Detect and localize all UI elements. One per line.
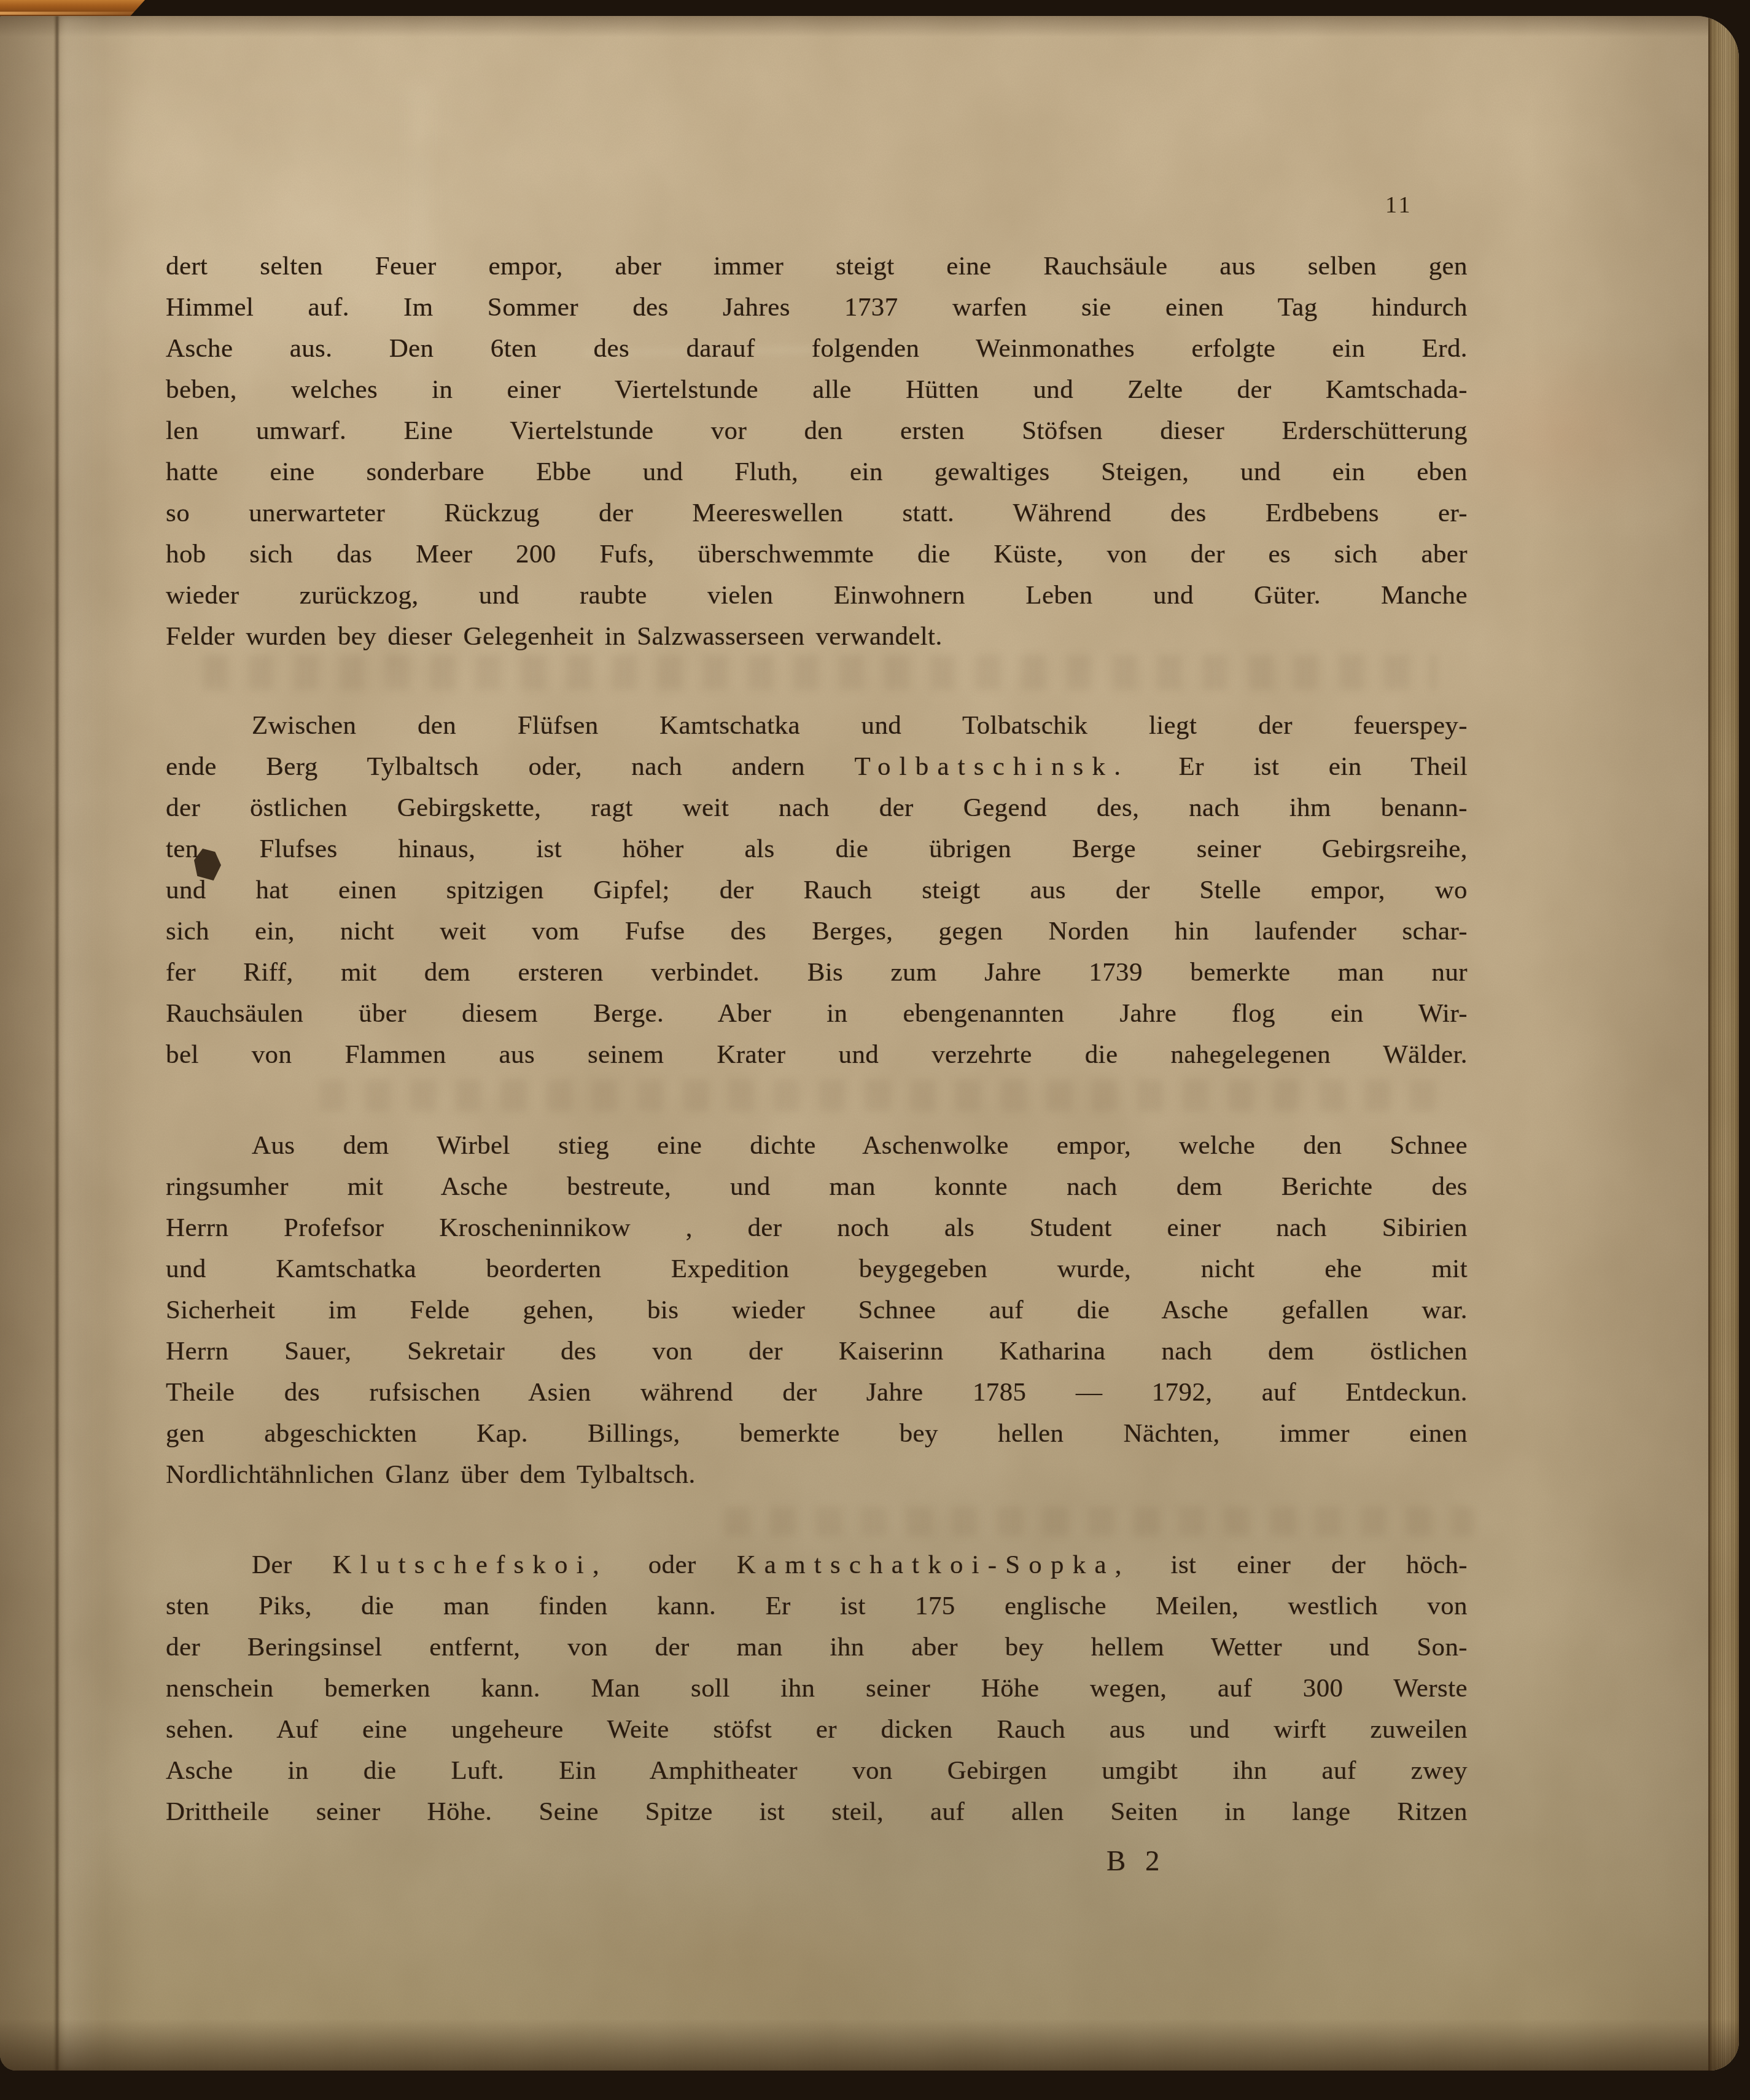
text-line: Asche in die Luft. Ein Amphitheater von …: [166, 1750, 1468, 1791]
text-line: fer Riff, mit dem ersteren verbindet. Bi…: [166, 952, 1468, 993]
text-segment: Nordlichtähnlichen Glanz über dem Tylbal…: [166, 1460, 696, 1489]
text-segment: und hat einen spitzigen Gipfel; der Rauc…: [166, 876, 1468, 904]
text-segment: der Beringsinsel entfernt, von der man i…: [166, 1633, 1468, 1662]
letterspaced-name: Klutschefskoi,: [333, 1550, 608, 1579]
text-segment: Felder wurden bey dieser Gelegenheit in …: [166, 622, 943, 651]
text-segment: so unerwarteter Rückzug der Meereswellen…: [166, 499, 1468, 527]
text-segment: beben, welches in einer Viertelstunde al…: [166, 375, 1468, 404]
text-line: Herrn Sauer, Sekretair des von der Kaise…: [166, 1331, 1468, 1372]
text-segment: sten Piks, die man finden kann. Er ist 1…: [166, 1592, 1468, 1620]
show-through-text: [203, 655, 1437, 690]
text-segment: bel von Flammen aus seinem Krater und ve…: [166, 1040, 1468, 1069]
text-line: Der Klutschefskoi, oder Kamtschatkoi-Sop…: [166, 1544, 1468, 1585]
gutter-crease-highlight: [61, 16, 104, 2071]
text-segment: ende Berg Tylbaltsch oder, nach andern: [166, 752, 854, 781]
text-line: und hat einen spitzigen Gipfel; der Rauc…: [166, 869, 1468, 911]
text-segment: Rauchsäulen über diesem Berge. Aber in e…: [166, 999, 1468, 1028]
text-line: hatte eine sonderbare Ebbe und Fluth, ei…: [166, 451, 1468, 492]
text-segment: len umwarf. Eine Viertelstunde vor den e…: [166, 416, 1468, 445]
text-line: sich ein, nicht weit vom Fufse des Berge…: [166, 911, 1468, 952]
text-segment: sehen. Auf eine ungeheure Weite stöfst e…: [166, 1715, 1468, 1744]
text-line: ten Flufses hinaus, ist höher als die üb…: [166, 828, 1468, 869]
text-line: Rauchsäulen über diesem Berge. Aber in e…: [166, 993, 1468, 1034]
letterspaced-name: Tolbatschinsk.: [854, 752, 1129, 781]
text-segment: ist einer der höch-: [1130, 1550, 1468, 1579]
paragraph: dert selten Feuer empor, aber immer stei…: [166, 246, 1468, 657]
paragraph: Der Klutschefskoi, oder Kamtschatkoi-Sop…: [166, 1544, 1468, 1832]
text-line: hob sich das Meer 200 Fufs, überschwemmt…: [166, 534, 1468, 575]
gutter-crease-line: [54, 16, 60, 2071]
text-segment: Theile des rufsischen Asien während der …: [166, 1378, 1468, 1407]
text-line: Sicherheit im Felde gehen, bis wieder Sc…: [166, 1289, 1468, 1331]
text-line: beben, welches in einer Viertelstunde al…: [166, 369, 1468, 410]
text-segment: Er ist ein Theil: [1129, 752, 1468, 781]
text-line: nenschein bemerken kann. Man soll ihn se…: [166, 1668, 1468, 1709]
text-line: len umwarf. Eine Viertelstunde vor den e…: [166, 410, 1468, 451]
text-segment: der östlichen Gebirgskette, ragt weit na…: [166, 793, 1468, 822]
text-line: bel von Flammen aus seinem Krater und ve…: [166, 1034, 1468, 1075]
book-scan: 11 dert selten Feuer empor, aber immer s…: [0, 0, 1750, 2100]
text-segment: fer Riff, mit dem ersteren verbindet. Bi…: [166, 958, 1468, 987]
text-line: Zwischen den Flüfsen Kamtschatka und Tol…: [166, 705, 1468, 746]
text-line: Theile des rufsischen Asien während der …: [166, 1372, 1468, 1413]
text-segment: wieder zurückzog, und raubte vielen Einw…: [166, 581, 1468, 610]
text-line: sehen. Auf eine ungeheure Weite stöfst e…: [166, 1709, 1468, 1750]
text-segment: Drittheile seiner Höhe. Seine Spitze ist…: [166, 1797, 1468, 1826]
text-line: sten Piks, die man finden kann. Er ist 1…: [166, 1585, 1468, 1627]
text-segment: Herrn Sauer, Sekretair des von der Kaise…: [166, 1337, 1468, 1366]
text-line: so unerwarteter Rückzug der Meereswellen…: [166, 492, 1468, 534]
book-page: 11 dert selten Feuer empor, aber immer s…: [0, 16, 1739, 2071]
text-segment: Zwischen den Flüfsen Kamtschatka und Tol…: [252, 711, 1468, 740]
leather-spine-fragment: [0, 0, 145, 16]
text-segment: ringsumher mit Asche bestreute, und man …: [166, 1172, 1468, 1201]
text-segment: oder: [608, 1550, 737, 1579]
text-line: gen abgeschickten Kap. Billings, bemerkt…: [166, 1413, 1468, 1454]
text-segment: Herrn Profefsor Kroscheninnikow , der no…: [166, 1213, 1468, 1242]
show-through-text: [725, 1507, 1474, 1536]
text-line: der östlichen Gebirgskette, ragt weit na…: [166, 787, 1468, 828]
text-segment: dert selten Feuer empor, aber immer stei…: [166, 252, 1468, 281]
signature-mark: B 2: [1106, 1845, 1166, 1878]
text-line: Himmel auf. Im Sommer des Jahres 1737 wa…: [166, 287, 1468, 328]
text-segment: Asche in die Luft. Ein Amphitheater von …: [166, 1756, 1468, 1785]
text-segment: und Kamtschatka beorderten Expedition be…: [166, 1254, 1468, 1283]
text-segment: hob sich das Meer 200 Fufs, überschwemmt…: [166, 540, 1468, 569]
text-line: Aus dem Wirbel stieg eine dichte Aschenw…: [166, 1125, 1468, 1166]
text-segment: ten Flufses hinaus, ist höher als die üb…: [166, 834, 1468, 863]
page-edge-stack: [1708, 16, 1739, 2071]
text-segment: hatte eine sonderbare Ebbe und Fluth, ei…: [166, 457, 1468, 486]
letterspaced-name: Kamtschatkoi-Sopka,: [737, 1550, 1130, 1579]
paper-stain: [528, 1876, 995, 2048]
text-segment: Der: [252, 1550, 333, 1579]
text-segment: Asche aus. Den 6ten des darauf folgenden…: [166, 334, 1468, 363]
text-line: ende Berg Tylbaltsch oder, nach andern T…: [166, 746, 1468, 787]
text-line: Drittheile seiner Höhe. Seine Spitze ist…: [166, 1791, 1468, 1832]
text-segment: nenschein bemerken kann. Man soll ihn se…: [166, 1674, 1468, 1703]
text-line: und Kamtschatka beorderten Expedition be…: [166, 1248, 1468, 1289]
paragraph: Zwischen den Flüfsen Kamtschatka und Tol…: [166, 705, 1468, 1075]
text-segment: Aus dem Wirbel stieg eine dichte Aschenw…: [252, 1131, 1468, 1160]
text-line: wieder zurückzog, und raubte vielen Einw…: [166, 575, 1468, 616]
text-segment: Himmel auf. Im Sommer des Jahres 1737 wa…: [166, 293, 1468, 322]
text-segment: gen abgeschickten Kap. Billings, bemerkt…: [166, 1419, 1468, 1448]
text-line: dert selten Feuer empor, aber immer stei…: [166, 246, 1468, 287]
page-number: 11: [1385, 192, 1413, 219]
text-line: Asche aus. Den 6ten des darauf folgenden…: [166, 328, 1468, 369]
text-segment: Sicherheit im Felde gehen, bis wieder Sc…: [166, 1296, 1468, 1324]
text-segment: sich ein, nicht weit vom Fufse des Berge…: [166, 917, 1468, 946]
text-line: der Beringsinsel entfernt, von der man i…: [166, 1627, 1468, 1668]
text-line: Herrn Profefsor Kroscheninnikow , der no…: [166, 1207, 1468, 1248]
text-line: ringsumher mit Asche bestreute, und man …: [166, 1166, 1468, 1207]
paragraph: Aus dem Wirbel stieg eine dichte Aschenw…: [166, 1125, 1468, 1495]
